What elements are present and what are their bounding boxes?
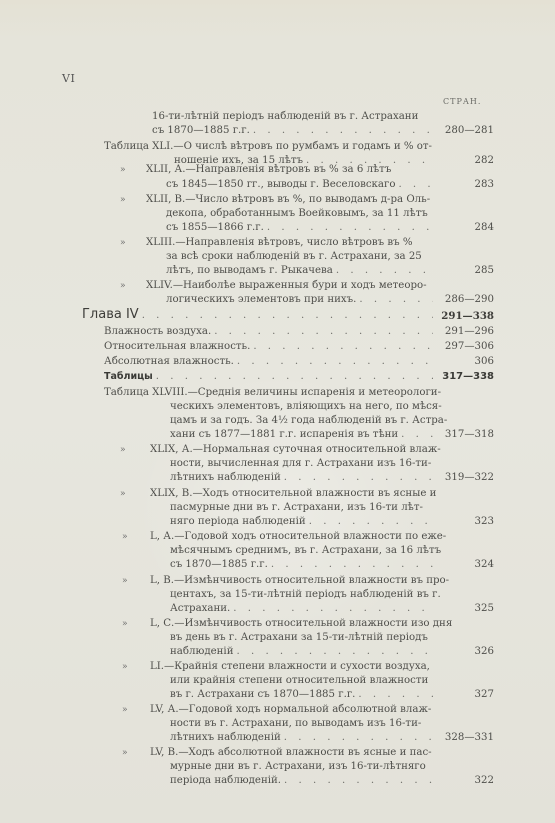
toc-line: Таблица XLVIII.—Среднія величины испарен… <box>104 386 441 400</box>
toc-line: L, С.—Измѣнчивость относительной влажнос… <box>150 617 452 631</box>
toc-section[interactable]: Абсолютная влажность. <box>104 355 436 369</box>
toc-line: съ 1845—1850 гг., выводы г. Веселовскаго <box>166 178 436 192</box>
toc-page-number: 327 <box>475 688 494 702</box>
toc-line: XLII, В.—Число вѣтровъ въ %, по выводамъ… <box>146 193 430 207</box>
ditto-mark: » <box>120 236 126 250</box>
toc-page-number: 317—318 <box>445 428 494 442</box>
toc-line: XLIII.—Направленія вѣтровъ, число вѣтров… <box>146 236 413 250</box>
toc-line: пасмурные дни въ г. Астрахани, изъ 16-ти… <box>170 501 423 515</box>
toc-page-number: 317—338 <box>442 370 494 384</box>
toc-line: 16-ти-лѣтній періодъ наблюденій въ г. Ас… <box>152 110 418 124</box>
toc-line: наблюденій <box>170 645 436 659</box>
ditto-mark: » <box>122 703 128 717</box>
leader-dots <box>237 355 433 369</box>
toc-line: мурные дни въ г. Астрахани, изъ 16-ти-лѣ… <box>170 760 426 774</box>
toc-page-number: 323 <box>475 515 494 529</box>
toc-line: цамъ и за годъ. За 4½ года наблюденій въ… <box>170 414 447 428</box>
toc-line: ности въ г. Астрахани, по выводамъ изъ 1… <box>170 717 421 731</box>
leader-dots <box>214 325 433 339</box>
toc-line: съ 1870—1885 г.г. <box>170 558 436 572</box>
ditto-mark: » <box>122 617 128 631</box>
toc-page-number: 282 <box>475 154 494 168</box>
ditto-mark: » <box>120 193 126 207</box>
leader-dots <box>336 264 433 278</box>
leader-dots <box>284 731 433 745</box>
toc-line: съ 1855—1866 г.г. <box>166 221 436 235</box>
toc-line: LV, А.—Годовой ходъ нормальной абсолютно… <box>150 703 431 717</box>
toc-line: періода наблюденій. <box>170 774 436 788</box>
toc-line: логическихъ элементовъ при нихъ. <box>166 293 436 307</box>
toc-line: лѣтнихъ наблюденій <box>170 471 436 485</box>
leader-dots <box>267 221 433 235</box>
leader-dots <box>309 515 433 529</box>
toc-section-tables[interactable]: Таблицы <box>104 370 436 384</box>
toc-line: лѣтъ, по выводамъ г. Рыкачева <box>166 264 436 278</box>
toc-line: или крайнія степени относительной влажно… <box>170 674 428 688</box>
toc-line: въ г. Астрахани съ 1870—1885 г.г. <box>170 688 436 702</box>
toc-line: лѣтнихъ наблюденій <box>170 731 436 745</box>
toc-line: XLIV.—Наиболѣе выраженныя бури и ходъ ме… <box>146 279 427 293</box>
toc-line: ческихъ элементовъ, вліяющихъ на него, п… <box>170 400 442 414</box>
leader-dots <box>233 602 433 616</box>
chapter-heading[interactable]: Глава IV <box>82 308 436 324</box>
leader-dots <box>398 178 433 192</box>
toc-line: XLIX, В.—Ходъ относительной влажности въ… <box>150 487 436 501</box>
leader-dots <box>358 688 433 702</box>
toc-line: Астрахани. <box>170 602 436 616</box>
toc-page-number: 306 <box>475 355 494 369</box>
toc-page-number: 328—331 <box>445 731 494 745</box>
toc-line: Таблица XLI.—О числѣ вѣтровъ по румбамъ … <box>104 140 432 154</box>
ditto-mark: » <box>120 487 126 501</box>
leader-dots <box>284 774 433 788</box>
toc-section[interactable]: Относительная влажность. <box>104 340 436 354</box>
toc-line: декопа, обработаннымъ Воейковымъ, за 11 … <box>166 207 428 221</box>
toc-page-number: 319—322 <box>445 471 494 485</box>
toc-line: L, А.—Годовой ходъ относительной влажнос… <box>150 530 446 544</box>
leader-dots <box>253 340 433 354</box>
toc-line: центахъ, за 15-ти-лѣтній періодъ наблюде… <box>170 588 441 602</box>
ditto-mark: » <box>120 279 126 293</box>
toc-line: за всѣ сроки наблюденій въ г. Астрахани,… <box>166 250 422 264</box>
ditto-mark: » <box>122 574 128 588</box>
leader-dots <box>401 428 433 442</box>
ditto-mark: » <box>122 746 128 760</box>
leader-dots <box>236 645 433 659</box>
toc-page-number: 322 <box>475 774 494 788</box>
toc-section[interactable]: Влажность воздуха. <box>104 325 436 339</box>
ditto-mark: » <box>122 660 128 674</box>
toc-page-number: 297—306 <box>445 340 494 354</box>
chapter-page-range: 291—338 <box>441 309 494 323</box>
leader-dots <box>142 309 433 323</box>
leader-dots <box>271 558 433 572</box>
leader-dots <box>156 370 433 384</box>
toc-line: LV, В.—Ходъ абсолютной влажности въ ясны… <box>150 746 432 760</box>
ditto-mark: » <box>120 443 126 457</box>
toc-page-number: 285 <box>475 264 494 278</box>
toc-line: няго періода наблюденій <box>170 515 436 529</box>
toc-line: XLII, А.—Направленія вѣтровъ въ % за 6 л… <box>146 163 391 177</box>
toc-line: L, В.—Измѣнчивость относительной влажнос… <box>150 574 449 588</box>
leader-dots <box>253 124 433 138</box>
toc-line: XLIX, А.—Нормальная суточная относительн… <box>150 443 441 457</box>
toc-line: ности, вычисленная для г. Астрахани изъ … <box>170 457 431 471</box>
toc-page-number: 280—281 <box>445 124 494 138</box>
ditto-mark: » <box>122 530 128 544</box>
toc-line: мѣсячнымъ среднимъ, въ г. Астрахани, за … <box>170 544 441 558</box>
toc-line: LI.—Крайнія степени влажности и сухости … <box>150 660 430 674</box>
leader-dots <box>359 293 433 307</box>
book-page: VI СТРАН. 16-ти-лѣтній періодъ наблюдені… <box>0 0 555 823</box>
toc-page-number: 284 <box>475 221 494 235</box>
toc-line: съ 1870—1885 г.г. <box>152 124 436 138</box>
toc-page-number: 291—296 <box>445 325 494 339</box>
toc-line: въ день въ г. Астрахани за 15-ти-лѣтній … <box>170 631 428 645</box>
toc-page-number: 326 <box>475 645 494 659</box>
ditto-mark: » <box>120 163 126 177</box>
toc-page-number: 324 <box>475 558 494 572</box>
column-header-pages: СТРАН. <box>443 97 481 106</box>
toc-page-number: 286—290 <box>445 293 494 307</box>
leader-dots <box>284 471 433 485</box>
toc-page-number: 283 <box>475 178 494 192</box>
page-folio: VI <box>62 72 75 85</box>
toc-page-number: 325 <box>475 602 494 616</box>
toc-line: хани съ 1877—1881 г.г. испаренія въ тѣни <box>170 428 436 442</box>
